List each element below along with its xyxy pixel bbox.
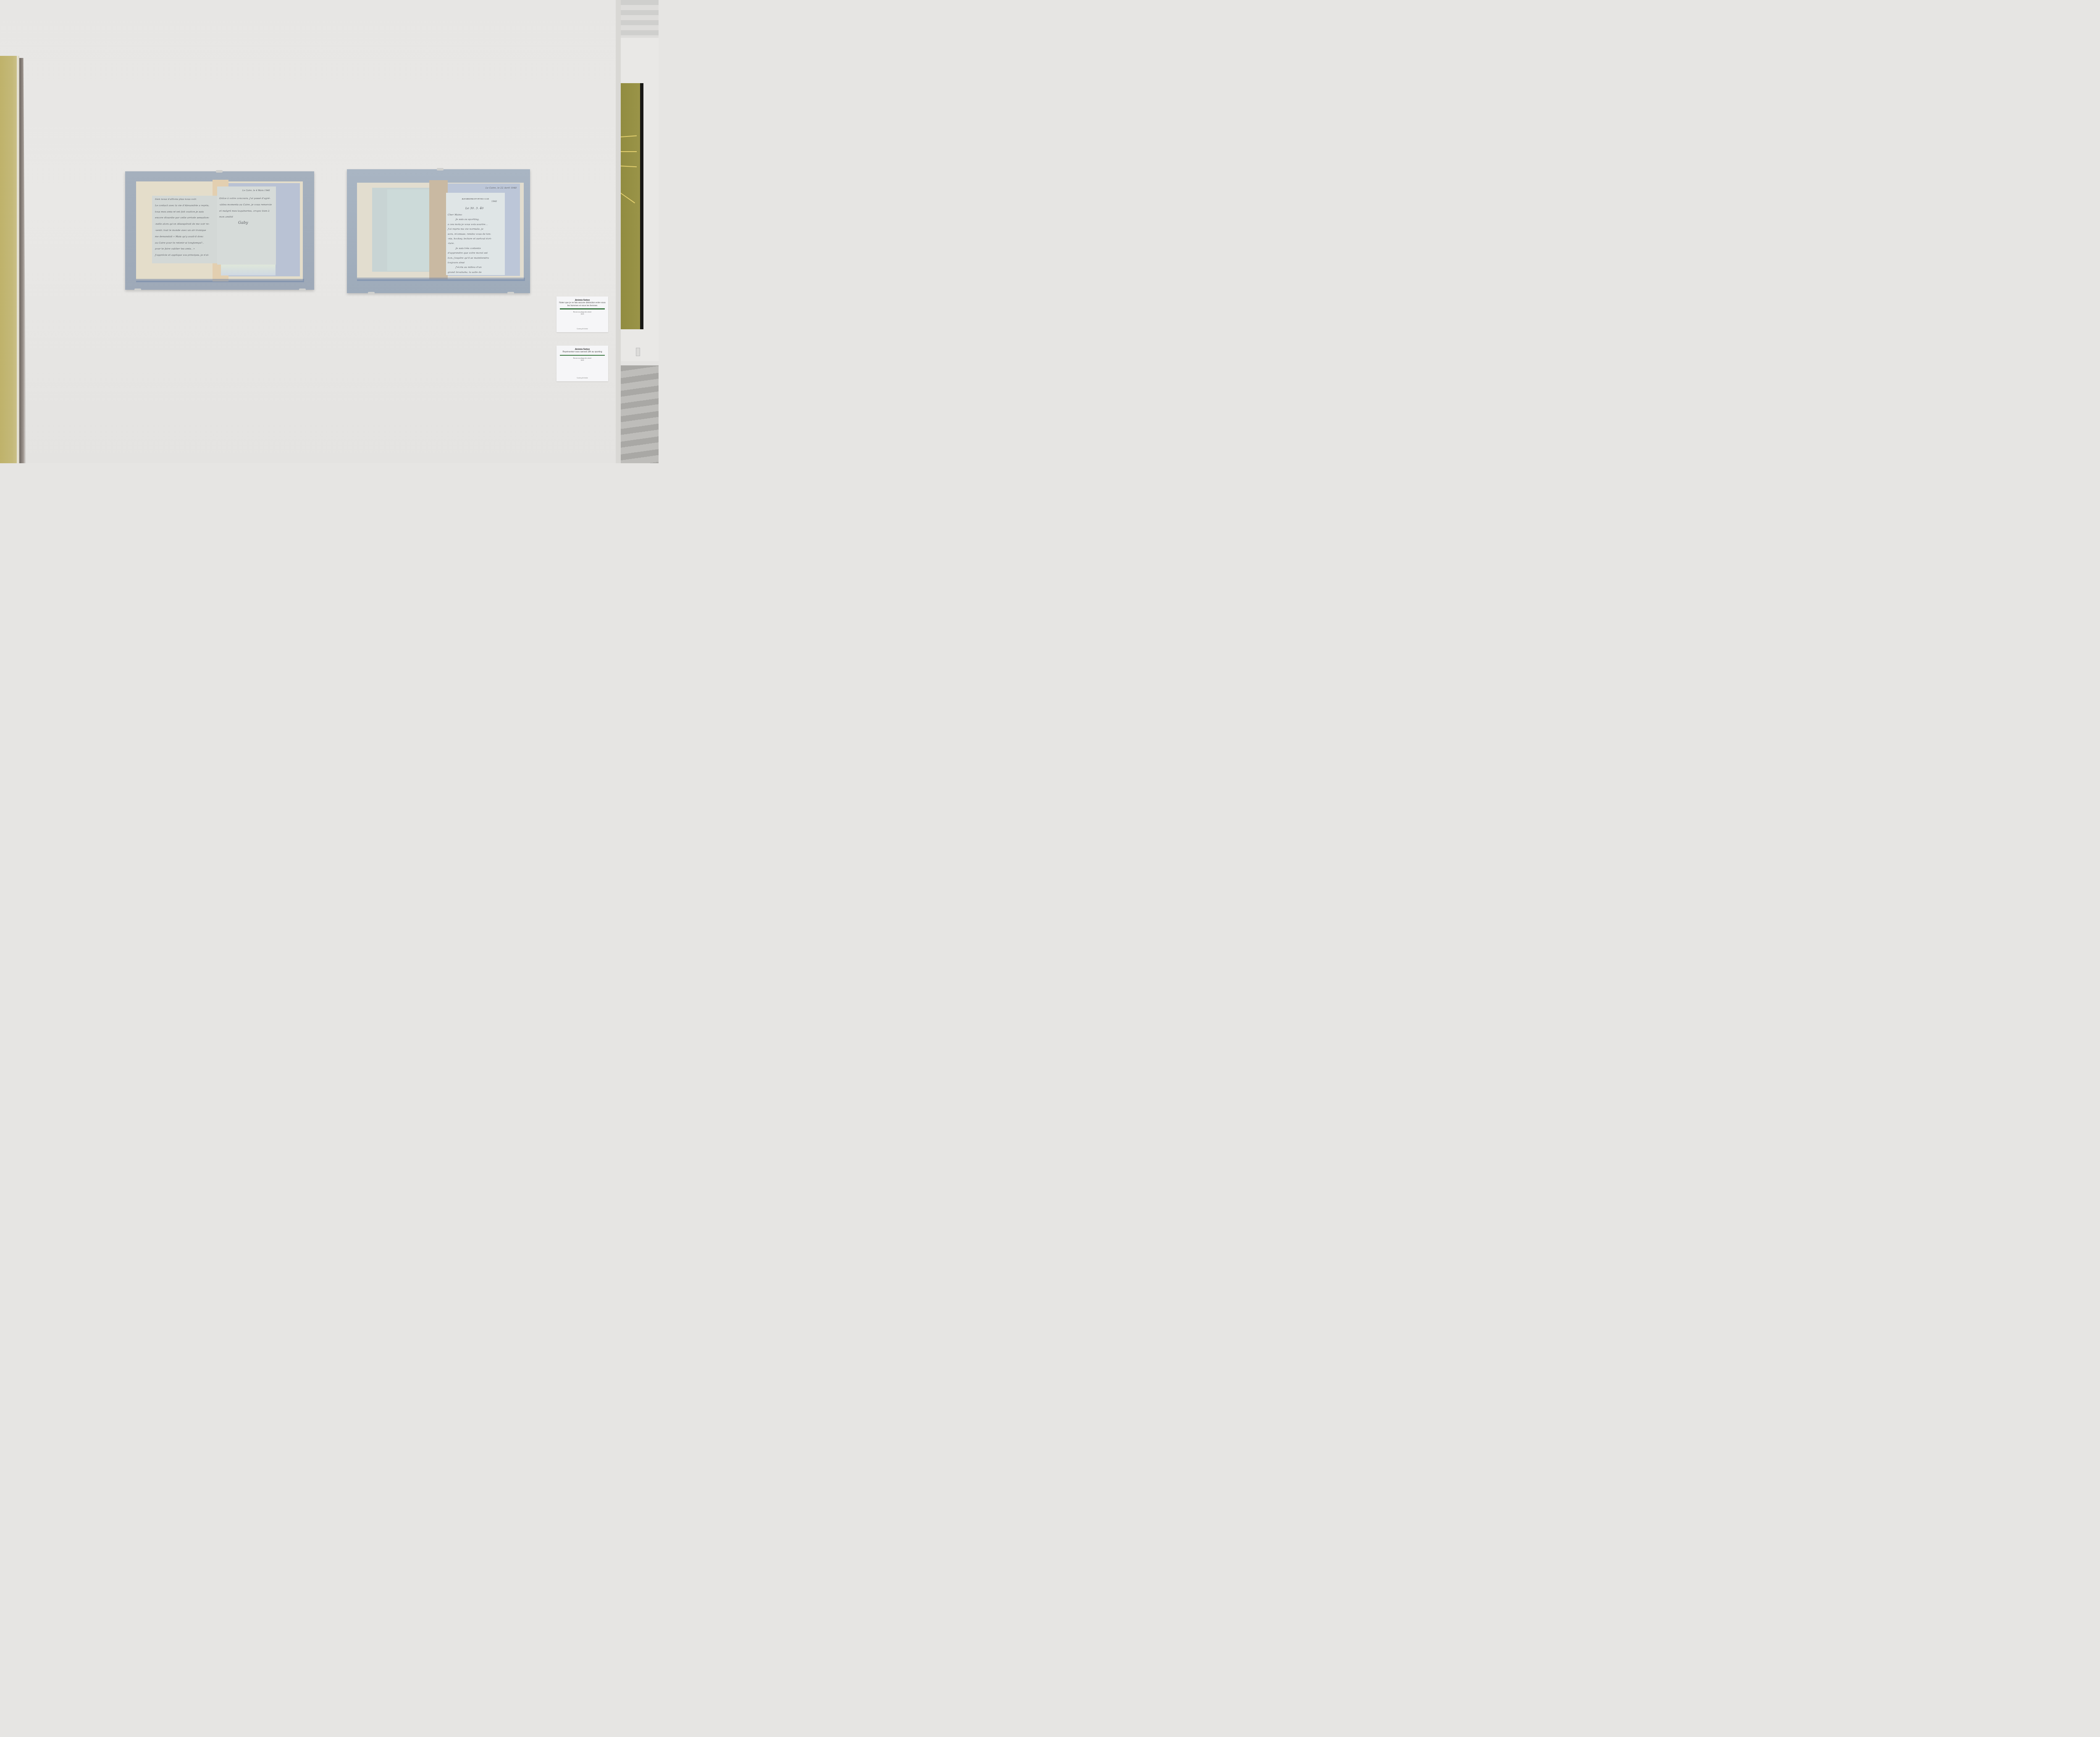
signature: Gaby <box>238 220 248 226</box>
floor <box>621 365 659 463</box>
wall-label-2: Jérémie Setton Représentez-vous samedi 1… <box>556 346 608 381</box>
label-credit: Courtesy de l'artiste <box>556 377 608 379</box>
label-credit: Courtesy de l'artiste <box>556 328 608 330</box>
background-olive-painting <box>621 83 640 329</box>
label-divider <box>560 355 605 356</box>
background-room <box>621 0 659 463</box>
paper-shadow <box>357 278 525 281</box>
handwritten-text: bien nous n'allions plus nous voir. Le c… <box>155 197 210 259</box>
left-olive-painting-edge <box>0 56 18 463</box>
mounting-clip <box>507 292 514 294</box>
mounting-clip <box>216 170 223 173</box>
letter-page-right: ALEXANDRIA SPORTING CLUB 1940 Le 30. 3. … <box>446 193 505 275</box>
notebook-spine <box>429 180 448 279</box>
wall-outlet-icon <box>636 348 640 356</box>
letter-page-right: Le Caire, le 4 Mars 1940 Grâce à votre c… <box>217 186 276 265</box>
label-year: 2023 <box>556 359 608 362</box>
handwritten-text: Grâce à votre concours, j'ai passé d'agr… <box>219 196 272 220</box>
stacked-sheets <box>221 265 276 276</box>
letter-date: Le Caire, le 4 Mars 1940 <box>242 188 270 194</box>
label-title: Notez que je ne fais aucune distinction … <box>556 302 608 307</box>
letter-page-left: bien nous n'allions plus nous voir. Le c… <box>152 196 217 263</box>
painting-right: Le Caire, le 22 Avril 1940 ALEXANDRIA SP… <box>347 169 530 293</box>
mounting-clip <box>368 292 375 294</box>
label-title: Représentez-vous samedi 18h au sporting <box>556 351 608 354</box>
background-painting-side <box>640 83 643 329</box>
gallery-scene: bien nous n'allions plus nous voir. Le c… <box>0 0 659 463</box>
label-divider <box>560 308 605 310</box>
year-mark: 1940 <box>491 199 497 205</box>
letter-date: Le 30. 3. 40 <box>465 205 483 212</box>
painting-left: bien nous n'allions plus nous voir. Le c… <box>125 171 314 290</box>
handwritten-text: Cher Maino Je suis au sporting, a ces mo… <box>448 213 492 275</box>
wall-edge-pillar <box>616 0 621 463</box>
mounting-clip <box>437 168 444 171</box>
mounting-clip <box>134 289 141 291</box>
ceiling <box>621 0 659 38</box>
wall-label-1: Jérémie Setton Notez que je ne fais aucu… <box>556 296 608 332</box>
paper-shadow <box>136 279 304 282</box>
top-date: Le Caire, le 22 Avril 1940 <box>486 185 517 192</box>
mounting-clip <box>299 289 306 291</box>
label-year: 2023 <box>556 313 608 315</box>
